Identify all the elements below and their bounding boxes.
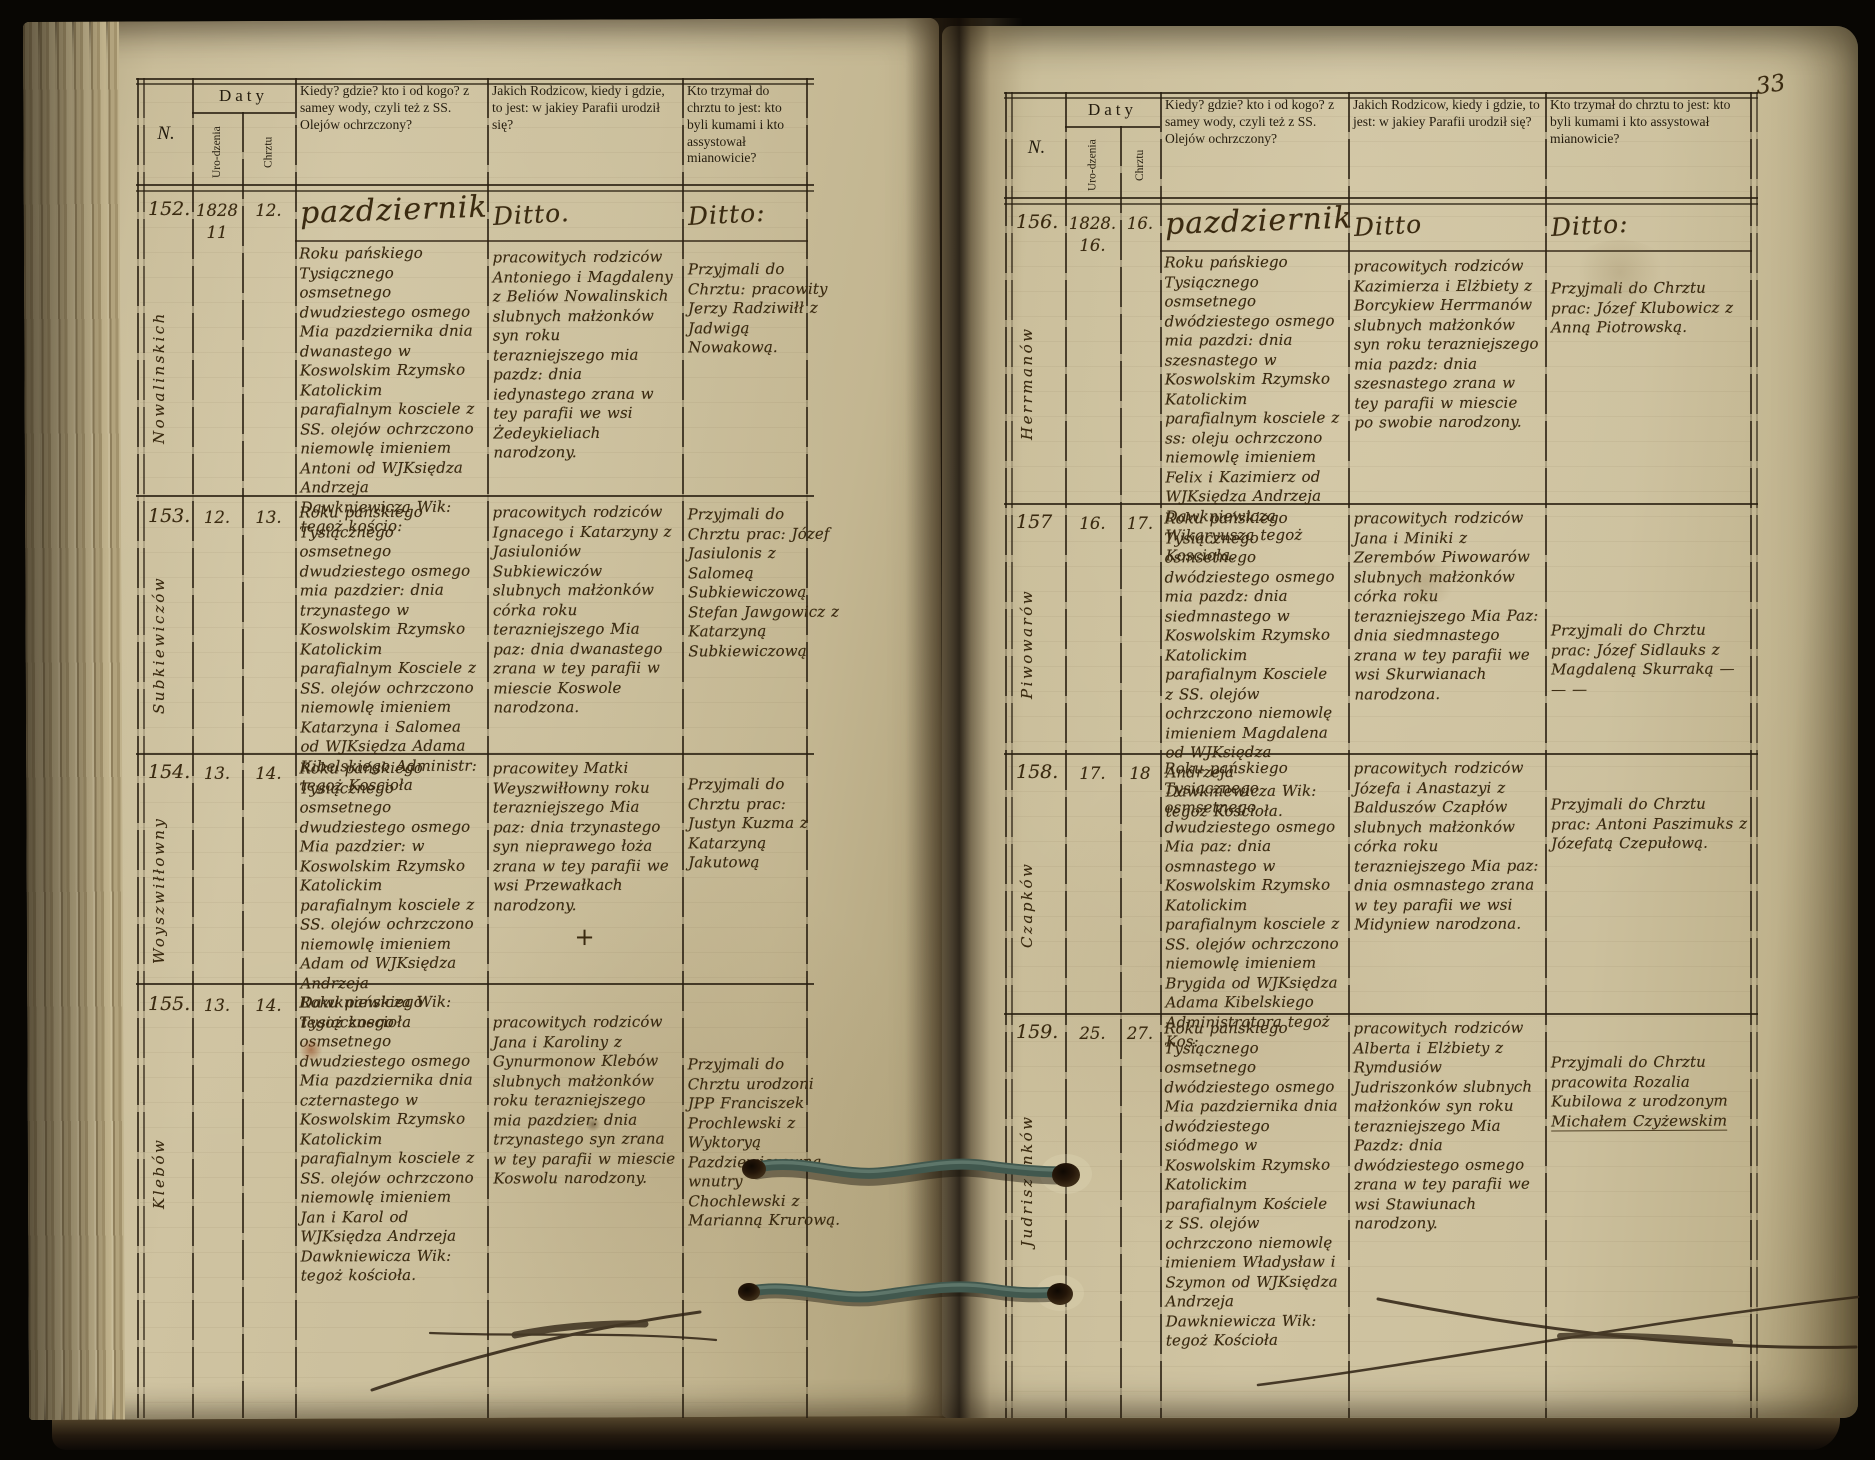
- godparents-record-text: Przyjmali do Chrztu urodzoni JPP Francis…: [688, 1055, 841, 1231]
- baptism-date: 13.: [242, 507, 295, 529]
- parents-cell: pracowitych rodziców Józefa i Anastazyi …: [1354, 753, 1539, 1013]
- register-entry-157: 157 Piwowarów 16. 17. Roku pańskiego Tys…: [1008, 503, 1752, 753]
- godparents-cell: Ditto: Przyjmali do Chrztu prac: Józef K…: [1551, 203, 1748, 503]
- birth-date: 13.: [192, 763, 242, 785]
- baptism-cell: Roku pańskiego Tysiącznego osmsetnego dw…: [300, 753, 480, 983]
- register-entry-153: 153. Subkiewiczów 12. 13. Roku pańskiego…: [140, 495, 808, 753]
- col-header-daty: Daty: [192, 80, 295, 112]
- entry-margin-surname: Herrmanów: [1018, 271, 1048, 496]
- baptism-record-text: Roku pańskiego Tysiącznego osmsetnego dw…: [299, 243, 481, 536]
- godparents-record-text: Przyjmali do Chrztu prac: Józef Jasiulon…: [688, 505, 841, 662]
- godparents-cell: Ditto: Przyjmali do Chrztu: pracowity Je…: [688, 190, 840, 495]
- register-entry-152: 152. Nowalinskich 1828 11 12. pazdzierni…: [140, 190, 808, 495]
- col-header-parents: Jakich Rodzicow, kiedy i gdzie, to jest:…: [1353, 97, 1540, 131]
- parents-record-text: pracowitych rodziców Jana i Miniki z Zer…: [1353, 509, 1539, 705]
- parents-cell: pracowitych rodziców Jana i Miniki z Zer…: [1354, 503, 1539, 753]
- register-entry-155: 155. Klebów 13. 14. Roku pańskiego Tysią…: [140, 983, 808, 1418]
- entry-number: 159.: [1008, 1021, 1065, 1043]
- page-number: 33: [1754, 70, 1787, 100]
- col-header-n: N.: [140, 78, 192, 190]
- baptism-record-text: Roku pańskiego Tysiącznego osmsetnego dw…: [299, 503, 481, 796]
- godparents-cell: Przyjmali do Chrztu prac: Justyn Kuzma z…: [688, 753, 840, 983]
- baptism-date: 17.: [1120, 513, 1160, 535]
- parents-cell: pracowitych rodziców Jana i Karoliny z G…: [493, 983, 676, 1418]
- godparents-record-text: Przyjmali do Chrztu pracowita Rozalia Ku…: [1551, 1052, 1748, 1131]
- ditto-heading: Ditto:: [1550, 205, 1748, 242]
- entry-margin-surname: Klebów: [150, 1058, 180, 1288]
- col-header-chrztu: Chrztu: [242, 116, 295, 188]
- godparents-record-text-part: Przyjmali do Chrztu pracowita Rozalia Ku…: [1551, 1053, 1728, 1111]
- baptism-date: 27.: [1120, 1023, 1160, 1045]
- baptism-date: 14.: [242, 995, 295, 1017]
- col-header-urodzenia: Uro-dzenia: [192, 116, 242, 188]
- entry-number: 153.: [140, 505, 192, 527]
- birth-date: 12.: [192, 507, 242, 529]
- parents-record-text: pracowitych rodziców Ignacego i Katarzyn…: [492, 503, 676, 718]
- entry-margin-surname: Judriszonków: [1018, 1068, 1048, 1293]
- birth-date: 25.: [1065, 1023, 1120, 1045]
- parents-record-text: pracowitych rodziców Kazimierza i Elżbie…: [1354, 257, 1540, 433]
- godparents-cell: Przyjmali do Chrztu urodzoni JPP Francis…: [688, 983, 840, 1418]
- godparents-cell: Przyjmali do Chrztu prac: Antoni Paszimu…: [1551, 753, 1748, 1013]
- table-header: N. Daty Uro-dzenia Chrztu Kiedy? gdzie? …: [140, 78, 808, 190]
- birth-date: 1828 11: [192, 200, 242, 245]
- entry-number: 152.: [140, 198, 192, 220]
- col-header-chrztu: Chrztu: [1120, 130, 1160, 201]
- month-heading: pazdziernik: [1164, 203, 1341, 241]
- ditto-heading: Ditto:: [687, 196, 840, 230]
- baptism-cell: Roku pańskiego Tysiącznego osmsetnego dw…: [300, 495, 480, 753]
- baptism-cell: pazdziernik Roku pańskiego Tysiącznego o…: [300, 190, 480, 495]
- col-header-godparents: Kto trzymał do chrztu to jest: kto byli …: [1550, 97, 1749, 148]
- entry-margin-surname: Piwowarów: [1018, 551, 1048, 736]
- baptism-cell: Roku pańskiego Tysiącznego osmsetnego dw…: [1165, 503, 1341, 753]
- parish-register-scan: 33 N. Daty Uro-dzenia Chrztu Kiedy? gdzi…: [0, 0, 1875, 1460]
- parents-cell: pracowitych rodziców Ignacego i Katarzyn…: [493, 495, 676, 753]
- parents-cell: Ditto pracowitych rodziców Kazimierza i …: [1354, 203, 1539, 503]
- col-header-daty: Daty: [1065, 94, 1160, 126]
- baptism-record-text: Roku pańskiego Tysiącznego osmsetnego dw…: [1164, 759, 1342, 1052]
- parents-cell: Ditto. pracowitych rodziców Antoniego i …: [493, 190, 676, 495]
- entry-number: 154.: [140, 761, 192, 783]
- entry-margin-surname: Subkiewiczów: [150, 550, 180, 740]
- godparents-record-text: Przyjmali do Chrztu prac: Antoni Paszimu…: [1551, 794, 1748, 854]
- col-header-godparents: Kto trzymał do chrztu to jest: kto byli …: [687, 83, 805, 167]
- register-entry-159: 159. Judriszonków 25. 27. Roku pańskiego…: [1008, 1013, 1752, 1418]
- parents-record-text: pracowitych rodziców Alberta i Elżbiety …: [1353, 1019, 1539, 1234]
- register-entry-156: 156. Herrmanów 1828. 16. 16. pazdziernik…: [1008, 203, 1752, 503]
- godparents-record-text: Przyjmali do Chrztu: pracowity Jerzy Rad…: [688, 260, 841, 358]
- baptism-cell: pazdziernik Roku pańskiego Tysiącznego o…: [1165, 203, 1341, 503]
- baptism-date: 16.: [1120, 213, 1160, 235]
- entry-number: 156.: [1008, 211, 1065, 233]
- register-entry-154: 154. Woyszwiłłowny 13. 14. Roku pańskieg…: [140, 753, 808, 983]
- godparents-record-text: Przyjmali do Chrztu prac: Justyn Kuzma z…: [688, 775, 841, 873]
- col-header-baptism: Kiedy? gdzie? kto i od kogo? z samey wod…: [300, 83, 482, 134]
- table-grid-line: [137, 78, 139, 1418]
- godparents-underlined-name: Michałem Czyżewskim: [1551, 1111, 1727, 1131]
- right-register-table: N. Daty Uro-dzenia Chrztu Kiedy? gdzie? …: [1008, 92, 1752, 1418]
- parents-record-text: pracowitych rodziców Antoniego i Magdale…: [492, 248, 676, 463]
- col-header-parents: Jakich Rodzicow, kiedy i gdzie, to jest:…: [492, 83, 677, 134]
- parents-cell: pracowitych rodziców Alberta i Elżbiety …: [1354, 1013, 1539, 1418]
- col-header-baptism: Kiedy? gdzie? kto i od kogo? z samey wod…: [1165, 97, 1343, 148]
- parents-record-text: pracowitych rodziców Jana i Karoliny z G…: [493, 1013, 677, 1189]
- godparents-cell: Przyjmali do Chrztu prac: Józef Jasiulon…: [688, 495, 840, 753]
- parents-cell: pracowitey Matki Weyszwiłłowny roku tera…: [493, 753, 676, 983]
- register-entry-158: 158. Czapków 17. 18 Roku pańskiego Tysią…: [1008, 753, 1752, 1013]
- entry-margin-surname: Nowalinskich: [150, 260, 180, 495]
- month-heading: pazdziernik: [299, 192, 480, 230]
- entry-margin-surname: Woyszwiłłowny: [150, 803, 180, 978]
- birth-date: 13.: [192, 995, 242, 1017]
- parents-record-text: pracowitey Matki Weyszwiłłowny roku tera…: [493, 759, 677, 916]
- col-header-urodzenia: Uro-dzenia: [1065, 130, 1120, 201]
- baptism-date: 14.: [242, 763, 295, 785]
- baptism-cell: Roku pańskiego Tysiącznego osmsetnego dw…: [1165, 1013, 1341, 1418]
- godparents-record-text: Przyjmali do Chrztu prac: Józef Sidlauks…: [1551, 620, 1748, 699]
- baptism-cell: Roku pańskiego Tysiącznego osmsetnego dw…: [300, 983, 480, 1418]
- table-header: N. Daty Uro-dzenia Chrztu Kiedy? gdzie? …: [1008, 92, 1752, 203]
- baptism-record-text: Roku pańskiego Tysiącznego osmsetnego dw…: [1164, 1019, 1342, 1351]
- entry-margin-surname: Czapków: [1018, 815, 1048, 995]
- entry-number: 155.: [140, 993, 192, 1015]
- baptism-date: 12.: [242, 200, 295, 222]
- ditto-heading: Ditto.: [492, 194, 676, 230]
- baptism-record-text: Roku pańskiego Tysiącznego osmsetnego dw…: [299, 993, 481, 1286]
- col-header-n: N.: [1008, 92, 1065, 203]
- godparents-record-text: Przyjmali do Chrztu prac: Józef Klubowic…: [1551, 279, 1748, 339]
- entry-number: 158.: [1008, 761, 1065, 783]
- birth-date: 1828. 16.: [1065, 213, 1120, 258]
- left-register-table: N. Daty Uro-dzenia Chrztu Kiedy? gdzie? …: [140, 78, 808, 1418]
- left-page-deckle-edge: [23, 22, 125, 1420]
- entry-number: 157: [1008, 511, 1065, 533]
- godparents-cell: Przyjmali do Chrztu prac: Józef Sidlauks…: [1551, 503, 1748, 753]
- ditto-heading: Ditto: [1353, 205, 1539, 241]
- birth-date: 16.: [1065, 513, 1120, 535]
- birth-date: 17.: [1065, 763, 1120, 785]
- baptism-date: 18: [1120, 763, 1160, 785]
- godparents-cell: Przyjmali do Chrztu pracowita Rozalia Ku…: [1551, 1013, 1748, 1418]
- baptism-cell: Roku pańskiego Tysiącznego osmsetnego dw…: [1165, 753, 1341, 1013]
- parents-record-text: pracowitych rodziców Józefa i Anastazyi …: [1354, 759, 1540, 935]
- cross-annotation: +: [493, 923, 676, 951]
